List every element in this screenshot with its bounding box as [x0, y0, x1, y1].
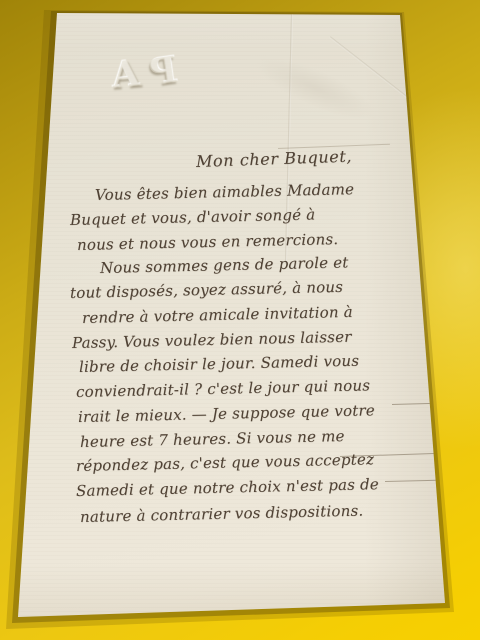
monogram-letter: P [147, 49, 180, 94]
monogram-letter: A [110, 52, 141, 96]
letter-photo: A P Mon cher Buquet, Vous êtes bien aima… [0, 0, 480, 640]
embossed-monogram: A P [110, 49, 178, 97]
